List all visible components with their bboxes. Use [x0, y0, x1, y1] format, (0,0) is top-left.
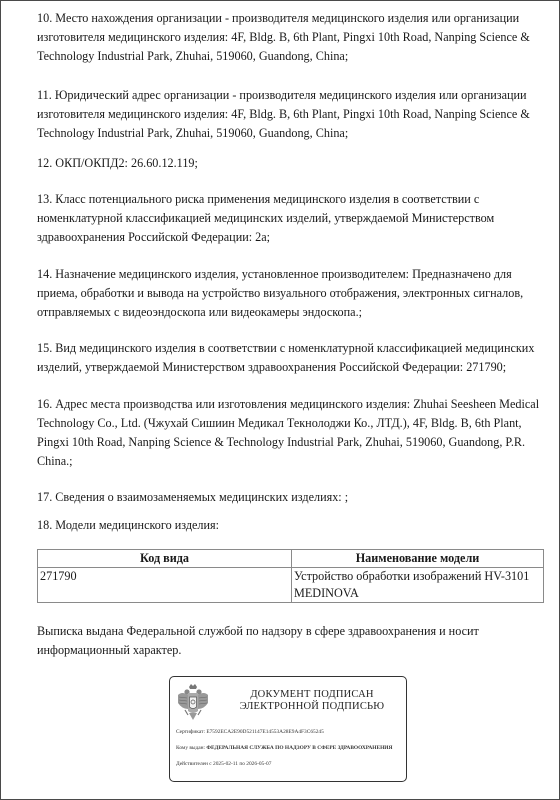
- document-page: 10. Место нахождения организации - произ…: [0, 0, 560, 800]
- item-12: 12. ОКП/ОКПД2: 26.60.12.119;: [37, 154, 547, 173]
- validity-to: 2026-05-07: [246, 761, 271, 767]
- signature-title-line2: ЭЛЕКТРОННОЙ ПОДПИСЬЮ: [226, 701, 398, 713]
- electronic-signature-stamp: ДОКУМЕНТ ПОДПИСАН ЭЛЕКТРОННОЙ ПОДПИСЬЮ С…: [169, 676, 407, 782]
- column-header-model-name: Наименование модели: [292, 550, 544, 568]
- certificate-label: Сертификат:: [176, 729, 205, 735]
- item-number: 14.: [37, 267, 52, 281]
- item-18: 18. Модели медицинского изделия:: [37, 516, 547, 535]
- item-text: Юридический адрес организации - производ…: [37, 88, 530, 140]
- column-header-code: Код вида: [38, 550, 292, 568]
- item-11: 11. Юридический адрес организации - прои…: [37, 86, 547, 143]
- validity-from: 2025-02-11: [213, 761, 238, 767]
- item-number: 10.: [37, 11, 52, 25]
- closing-note: Выписка выдана Федеральной службой по на…: [37, 622, 547, 660]
- signature-title-line1: ДОКУМЕНТ ПОДПИСАН: [226, 689, 398, 701]
- item-16: 16. Адрес места производства или изготов…: [37, 395, 547, 471]
- signature-title: ДОКУМЕНТ ПОДПИСАН ЭЛЕКТРОННОЙ ПОДПИСЬЮ: [226, 689, 398, 713]
- table-header-row: Код вида Наименование модели: [38, 550, 544, 568]
- item-number: 11.: [37, 88, 52, 102]
- item-number: 12.: [37, 156, 52, 170]
- certificate-value: E7592ECA2E90D521147E14553A28E9A4F3C65245: [206, 729, 324, 735]
- item-number: 15.: [37, 341, 52, 355]
- item-text: Сведения о взаимозаменяемых медицинских …: [55, 490, 348, 504]
- table-row: 271790 Устройство обработки изображений …: [38, 568, 544, 603]
- item-14: 14. Назначение медицинского изделия, уст…: [37, 265, 547, 322]
- item-text: Адрес места производства или изготовлени…: [37, 397, 539, 468]
- item-number: 16.: [37, 397, 52, 411]
- cell-code: 271790: [38, 568, 292, 603]
- item-text: Назначение медицинского изделия, установ…: [37, 267, 523, 319]
- item-number: 13.: [37, 192, 52, 206]
- models-table: Код вида Наименование модели 271790 Устр…: [37, 549, 544, 603]
- item-15: 15. Вид медицинского изделия в соответст…: [37, 339, 547, 377]
- item-text: Класс потенциального риска применения ме…: [37, 192, 494, 244]
- validity-line: Действителен с 2025-02-11 по 2026-05-07: [176, 761, 402, 768]
- item-number: 18.: [37, 518, 52, 532]
- item-number: 17.: [37, 490, 52, 504]
- validity-label: Действителен с: [176, 761, 212, 767]
- item-10: 10. Место нахождения организации - произ…: [37, 9, 547, 66]
- issued-to-line: Кому выдан: ФЕДЕРАЛЬНАЯ СЛУЖБА ПО НАДЗОР…: [176, 745, 402, 752]
- certificate-line: Сертификат: E7592ECA2E90D521147E14553A28…: [176, 729, 402, 736]
- issued-to-label: Кому выдан:: [176, 745, 205, 751]
- item-text: Вид медицинского изделия в соответствии …: [37, 341, 534, 374]
- item-text: Модели медицинского изделия:: [55, 518, 219, 532]
- cell-model-name: Устройство обработки изображений HV-3101…: [292, 568, 544, 603]
- issued-to-value: ФЕДЕРАЛЬНАЯ СЛУЖБА ПО НАДЗОРУ В СФЕРЕ ЗД…: [206, 745, 392, 751]
- coat-of-arms-icon: [176, 683, 210, 723]
- item-text: Место нахождения организации - производи…: [37, 11, 530, 63]
- item-text: ОКП/ОКПД2: 26.60.12.119;: [55, 156, 198, 170]
- item-13: 13. Класс потенциального риска применени…: [37, 190, 547, 247]
- item-17: 17. Сведения о взаимозаменяемых медицинс…: [37, 488, 547, 507]
- validity-to-label: по: [239, 761, 245, 767]
